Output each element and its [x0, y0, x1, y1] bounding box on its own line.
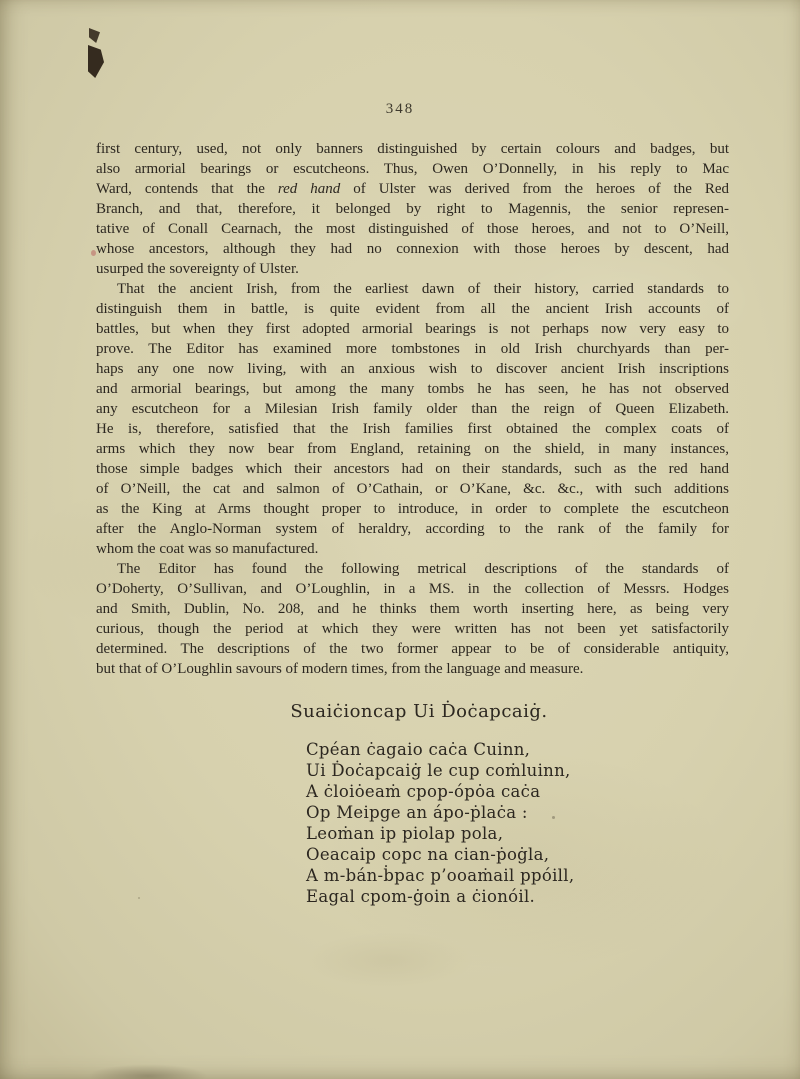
text-segment: and armorial bearings, but among the man… [96, 381, 729, 397]
text-segment: battles, but when they first adopted arm… [96, 321, 729, 337]
text-segment: usurped the sovereignty of Ulster. [96, 261, 299, 277]
text-line: curious, though the period at which they… [96, 619, 729, 639]
text-line: Branch, and that, therefore, it belonged… [96, 199, 729, 219]
text-segment: whom the coat was so manufactured. [96, 541, 318, 557]
text-segment: Branch, and that, therefore, it belonged… [96, 201, 729, 217]
text-line: those simple badges which their ancestor… [96, 459, 729, 479]
text-segment: distinguish them in battle, is quite evi… [96, 301, 729, 317]
text-segment: curious, though the period at which they… [96, 621, 729, 637]
text-line: arms which they now bear from England, r… [96, 439, 729, 459]
text-line: Ward, contends that the red hand of Ulst… [96, 179, 729, 199]
text-line: distinguish them in battle, is quite evi… [96, 299, 729, 319]
text-line: prove. The Editor has examined more tomb… [96, 339, 729, 359]
text-segment: after the Anglo-Norman system of heraldr… [96, 521, 729, 537]
text-segment: haps any one now living, with an anxious… [96, 361, 729, 377]
text-segment: those simple badges which their ancestor… [96, 461, 729, 477]
text-line: O’Doherty, O’Sullivan, and O’Loughlin, i… [96, 579, 729, 599]
text-line: any escutcheon for a Milesian Irish fami… [96, 399, 729, 419]
bottom-edge-smudge [88, 1064, 208, 1079]
text-line: of O’Neill, the cat and salmon of O’Cath… [96, 479, 729, 499]
text-line: tative of Conall Cearnach, the most dist… [96, 219, 729, 239]
text-segment: prove. The Editor has examined more tomb… [96, 341, 729, 357]
verse-line: Eagal cpom-ġoin a ċionóil. [306, 886, 574, 907]
text-segment: That the ancient Irish, from the earlies… [117, 281, 729, 297]
text-segment: of O’Neill, the cat and salmon of O’Cath… [96, 481, 729, 497]
text-line: haps any one now living, with an anxious… [96, 359, 729, 379]
text-segment: first century, used, not only banners di… [96, 141, 729, 157]
ink-stain-large [88, 45, 104, 78]
ink-stain-small [89, 28, 100, 43]
text-segment: O’Doherty, O’Sullivan, and O’Loughlin, i… [96, 581, 729, 597]
text-segment: of Ulster was derived from the heroes of… [340, 181, 729, 197]
text-segment: as the King at Arms thought proper to in… [96, 501, 729, 517]
text-segment: and Smith, Dublin, No. 208, and he think… [96, 601, 729, 617]
text-line: but that of O’Loughlin savours of modern… [96, 659, 729, 679]
text-segment: The Editor has found the following metri… [117, 561, 729, 577]
text-segment: whose ancestors, although they had no co… [96, 241, 729, 257]
paragraph: first century, used, not only banners di… [96, 139, 729, 279]
text-segment: arms which they now bear from England, r… [96, 441, 729, 457]
body-text: first century, used, not only banners di… [96, 139, 729, 679]
verse-line: A ċloiȯeaṁ cpop-ópȯa caċa [306, 781, 574, 802]
text-line: first century, used, not only banners di… [96, 139, 729, 159]
text-line: after the Anglo-Norman system of heraldr… [96, 519, 729, 539]
verse-line: Cpéan ċagaio caċa Cuinn, [306, 739, 574, 760]
text-segment: Ward, contends that the [96, 181, 278, 197]
text-line: battles, but when they first adopted arm… [96, 319, 729, 339]
italic-phrase: red hand [278, 181, 340, 197]
paragraph: The Editor has found the following metri… [96, 559, 729, 679]
text-segment: tative of Conall Cearnach, the most dist… [96, 221, 729, 237]
text-line: He is, therefore, satisfied that the Iri… [96, 419, 729, 439]
paragraph: That the ancient Irish, from the earlies… [96, 279, 729, 559]
page-number: 348 [0, 101, 800, 118]
text-segment: He is, therefore, satisfied that the Iri… [96, 421, 729, 437]
text-line: also armorial bearings or escutcheons. T… [96, 159, 729, 179]
text-line: and armorial bearings, but among the man… [96, 379, 729, 399]
text-line: determined. The descriptions of the two … [96, 639, 729, 659]
text-line: and Smith, Dublin, No. 208, and he think… [96, 599, 729, 619]
paper-speck [138, 897, 140, 899]
book-page: 348 first century, used, not only banner… [0, 0, 800, 1079]
poem-heading-gaelic: Suaiċioncap Ui Ḋoċapcaiġ. [96, 701, 742, 722]
verse-line: Ui Ḋoċapcaiġ le cup coṁluinn, [306, 760, 574, 781]
text-line: whom the coat was so manufactured. [96, 539, 729, 559]
verse-line: Oeacaip copc na cian-ṗoġla, [306, 844, 574, 865]
verse-line: Leoṁan ip piolap pola, [306, 823, 574, 844]
text-line: That the ancient Irish, from the earlies… [96, 279, 729, 299]
text-segment: but that of O’Loughlin savours of modern… [96, 661, 583, 677]
text-line: usurped the sovereignty of Ulster. [96, 259, 729, 279]
text-line: The Editor has found the following metri… [96, 559, 729, 579]
text-segment: also armorial bearings or escutcheons. T… [96, 161, 729, 177]
text-line: whose ancestors, although they had no co… [96, 239, 729, 259]
text-line: as the King at Arms thought proper to in… [96, 499, 729, 519]
poem-verse: Cpéan ċagaio caċa Cuinn,Ui Ḋoċapcaiġ le … [306, 739, 574, 907]
verse-line: Op Meipge an ápo-ṗlaċa : [306, 802, 574, 823]
text-segment: any escutcheon for a Milesian Irish fami… [96, 401, 729, 417]
verse-line: A m-bán-ḃpac p’ooaṁail ppóill, [306, 865, 574, 886]
text-segment: determined. The descriptions of the two … [96, 641, 729, 657]
